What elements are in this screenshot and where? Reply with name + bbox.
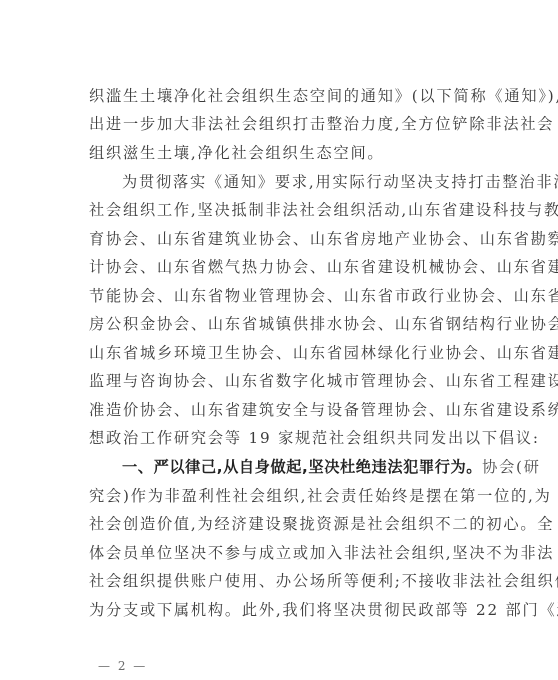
- document-page: 织滥生土壤净化社会组织生态空间的通知》(以下简称《通知》),提 出进一步加大非法…: [0, 0, 558, 680]
- paragraph-line: 组织滋生土壤,净化社会组织生态空间。: [89, 143, 465, 163]
- paragraph-line: 社会创造价值,为经济建设聚拢资源是社会组织不二的初心。全: [89, 514, 465, 534]
- section-heading: 一、严以律己,从自身做起,坚决杜绝违法犯罪行为。: [122, 458, 482, 476]
- paragraph-line: 出进一步加大非法社会组织打击整治力度,全方位铲除非法社会: [89, 114, 465, 134]
- paragraph-line: 究会)作为非盈利性社会组织,社会责任始终是摆在第一位的,为: [89, 486, 465, 506]
- paragraph-line: 体会员单位坚决不参与成立或加入非法社会组织,坚决不为非法: [89, 543, 465, 563]
- paragraph-line: 为分支或下属机构。此外,我们将坚决贯彻民政部等 22 部门《通: [89, 600, 465, 620]
- paragraph-line: 为贯彻落实《通知》要求,用实际行动坚决支持打击整治非法: [122, 172, 465, 192]
- section-heading-line: 一、严以律己,从自身做起,坚决杜绝违法犯罪行为。协会(研: [122, 457, 465, 477]
- paragraph-line: 准造价协会、山东省建筑安全与设备管理协会、山东省建设系统思: [89, 400, 465, 420]
- section-heading-trailing-text: 协会(研: [482, 458, 541, 476]
- paragraph-line: 监理与咨询协会、山东省数字化城市管理协会、山东省工程建设标: [89, 371, 465, 391]
- paragraph-line: 想政治工作研究会等 19 家规范社会组织共同发出以下倡议:: [89, 428, 465, 448]
- paragraph-line: 育协会、山东省建筑业协会、山东省房地产业协会、山东省勘察设: [89, 229, 465, 249]
- paragraph-line: 房公积金协会、山东省城镇供排水协会、山东省钢结构行业协会、: [89, 314, 465, 334]
- paragraph-line: 织滥生土壤净化社会组织生态空间的通知》(以下简称《通知》),提: [89, 86, 465, 106]
- paragraph-line: 节能协会、山东省物业管理协会、山东省市政行业协会、山东省住: [89, 286, 465, 306]
- paragraph-line: 计协会、山东省燃气热力协会、山东省建设机械协会、山东省建筑: [89, 257, 465, 277]
- paragraph-line: 社会组织提供账户使用、办公场所等便利;不接收非法社会组织作: [89, 571, 465, 591]
- paragraph-line: 社会组织工作,坚决抵制非法社会组织活动,山东省建设科技与教: [89, 200, 465, 220]
- paragraph-line: 山东省城乡环境卫生协会、山东省园林绿化行业协会、山东省建设: [89, 343, 465, 363]
- page-number: — 2 —: [98, 657, 147, 675]
